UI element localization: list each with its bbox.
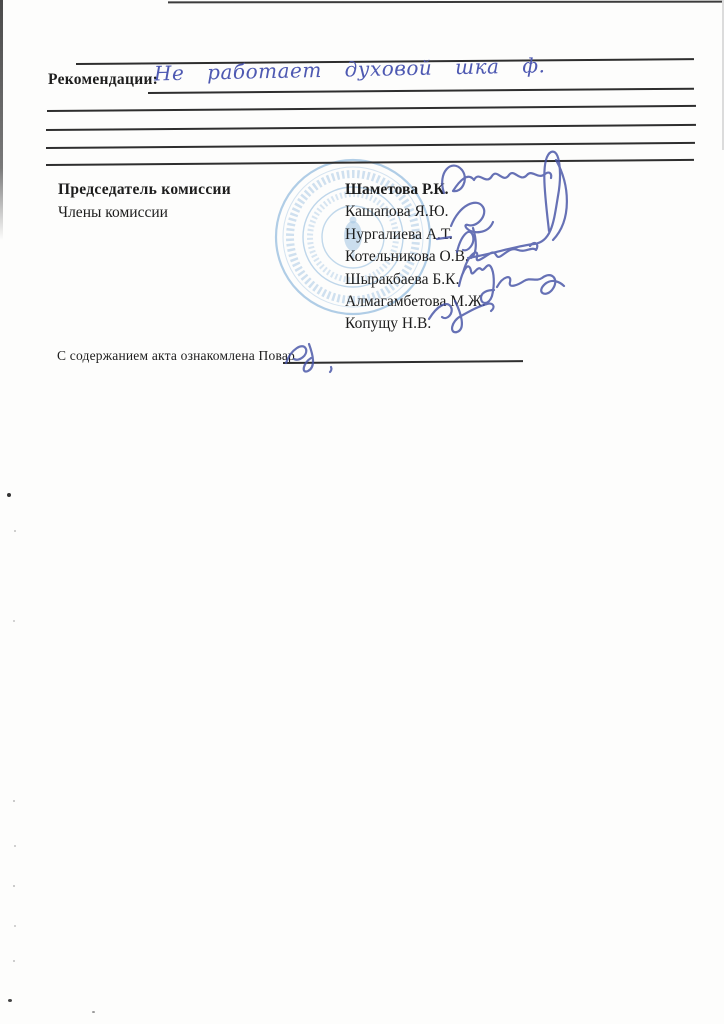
recommendations-label: Рекомендации: bbox=[48, 71, 158, 89]
recommendations-underline bbox=[148, 88, 694, 94]
member-name: Кашапова Я.Ю. bbox=[345, 201, 486, 223]
scan-edge-artifact-top bbox=[168, 1, 724, 4]
ruled-line bbox=[46, 142, 695, 149]
scan-speck bbox=[92, 1011, 95, 1013]
chairman-name: Шаметова Р.К. bbox=[345, 179, 486, 201]
member-name: Нургалиева А.Т. bbox=[345, 224, 486, 246]
scan-speck bbox=[13, 885, 15, 887]
member-name: Алмагамбетова М.Ж. bbox=[345, 291, 486, 313]
commission-names-list: Шаметова Р.К. Кашапова Я.Ю. Нургалиева А… bbox=[345, 179, 486, 336]
scan-edge-artifact-left bbox=[0, 0, 3, 240]
acknowledgement-underline bbox=[283, 360, 523, 363]
scan-speck bbox=[13, 620, 15, 622]
chairman-label: Председатель комиссии bbox=[58, 181, 231, 199]
scanned-document-page: Рекомендации: Не работает духовой шка ф.… bbox=[0, 0, 724, 1024]
scan-speck bbox=[14, 925, 16, 927]
acknowledgement-text: С содержанием акта ознакомлена Повар bbox=[57, 348, 295, 364]
scan-speck bbox=[8, 999, 12, 1002]
scan-speck bbox=[14, 845, 16, 847]
member-signature bbox=[497, 275, 564, 294]
scan-speck bbox=[7, 493, 11, 497]
ruled-line bbox=[47, 105, 696, 112]
member-name: Копущу Н.В. bbox=[345, 313, 486, 335]
ruled-line bbox=[46, 124, 696, 131]
scan-speck bbox=[14, 530, 16, 532]
recommendations-handwritten-entry: Не работает духовой шка ф. bbox=[154, 55, 484, 86]
chairman-signature bbox=[553, 160, 567, 240]
members-label: Члены комиссии bbox=[58, 204, 168, 222]
member-name: Котельникова О.В. bbox=[345, 246, 486, 268]
scan-speck bbox=[13, 960, 15, 962]
scan-speck bbox=[13, 800, 15, 802]
member-name: Шыракбаева Б.К. bbox=[345, 269, 486, 291]
signatures-ink-layer bbox=[0, 0, 724, 1024]
